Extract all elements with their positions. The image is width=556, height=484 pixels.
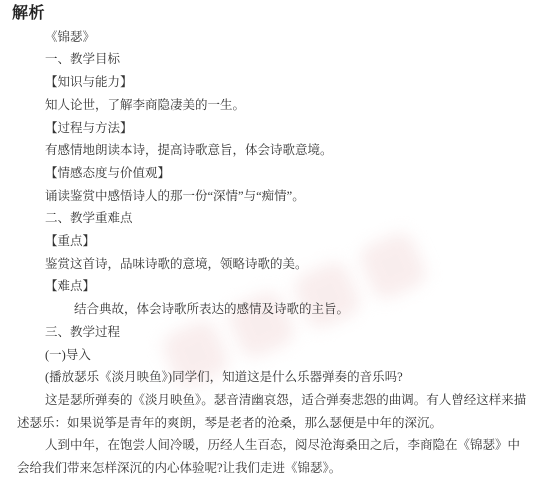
heading-key-difficult-points: 二、教学重难点 <box>17 207 528 230</box>
text-key-point: 鉴赏这首诗，品味诗歌的意境，领略诗歌的美。 <box>17 253 528 276</box>
label-key-point: 【重点】 <box>17 230 528 253</box>
text-intro-transition: 人到中年，在饱尝人间冷暖，历经人生百态，阅尽沧海桑田之后，李商隐在《锦瑟》中会给… <box>17 434 528 479</box>
lesson-title: 《锦瑟》 <box>17 26 528 49</box>
text-intro-question: (播放瑟乐《淡月映鱼》)同学们，知道这是什么乐器弹奏的音乐吗? <box>17 366 528 389</box>
heading-teaching-objectives: 一、教学目标 <box>17 48 528 71</box>
page-title: 解析 <box>12 3 528 26</box>
text-process-method: 有感情地朗读本诗，提高诗歌意旨，体会诗歌意境。 <box>17 139 528 162</box>
text-intro-description: 这是瑟所弹奏的《淡月映鱼》。瑟音清幽哀怨，适合弹奏悲怨的曲调。有人曾经这样来描述… <box>17 389 528 434</box>
heading-teaching-process: 三、教学过程 <box>17 321 528 344</box>
text-emotion-attitude-values: 诵读鉴赏中感悟诗人的那一份“深情”与“痴情”。 <box>17 185 528 208</box>
label-emotion-attitude-values: 【情感态度与价值观】 <box>17 162 528 185</box>
subheading-introduction: (一)导入 <box>17 344 528 367</box>
document-page: 解析 《锦瑟》 一、教学目标 【知识与能力】 知人论世，了解李商隐凄美的一生。 … <box>17 3 528 480</box>
label-process-method: 【过程与方法】 <box>17 117 528 140</box>
label-difficult-point: 【难点】 <box>17 275 528 298</box>
text-knowledge-ability: 知人论世，了解李商隐凄美的一生。 <box>17 94 528 117</box>
label-knowledge-ability: 【知识与能力】 <box>17 71 528 94</box>
text-difficult-point: 结合典故，体会诗歌所表达的感情及诗歌的主旨。 <box>17 298 528 321</box>
